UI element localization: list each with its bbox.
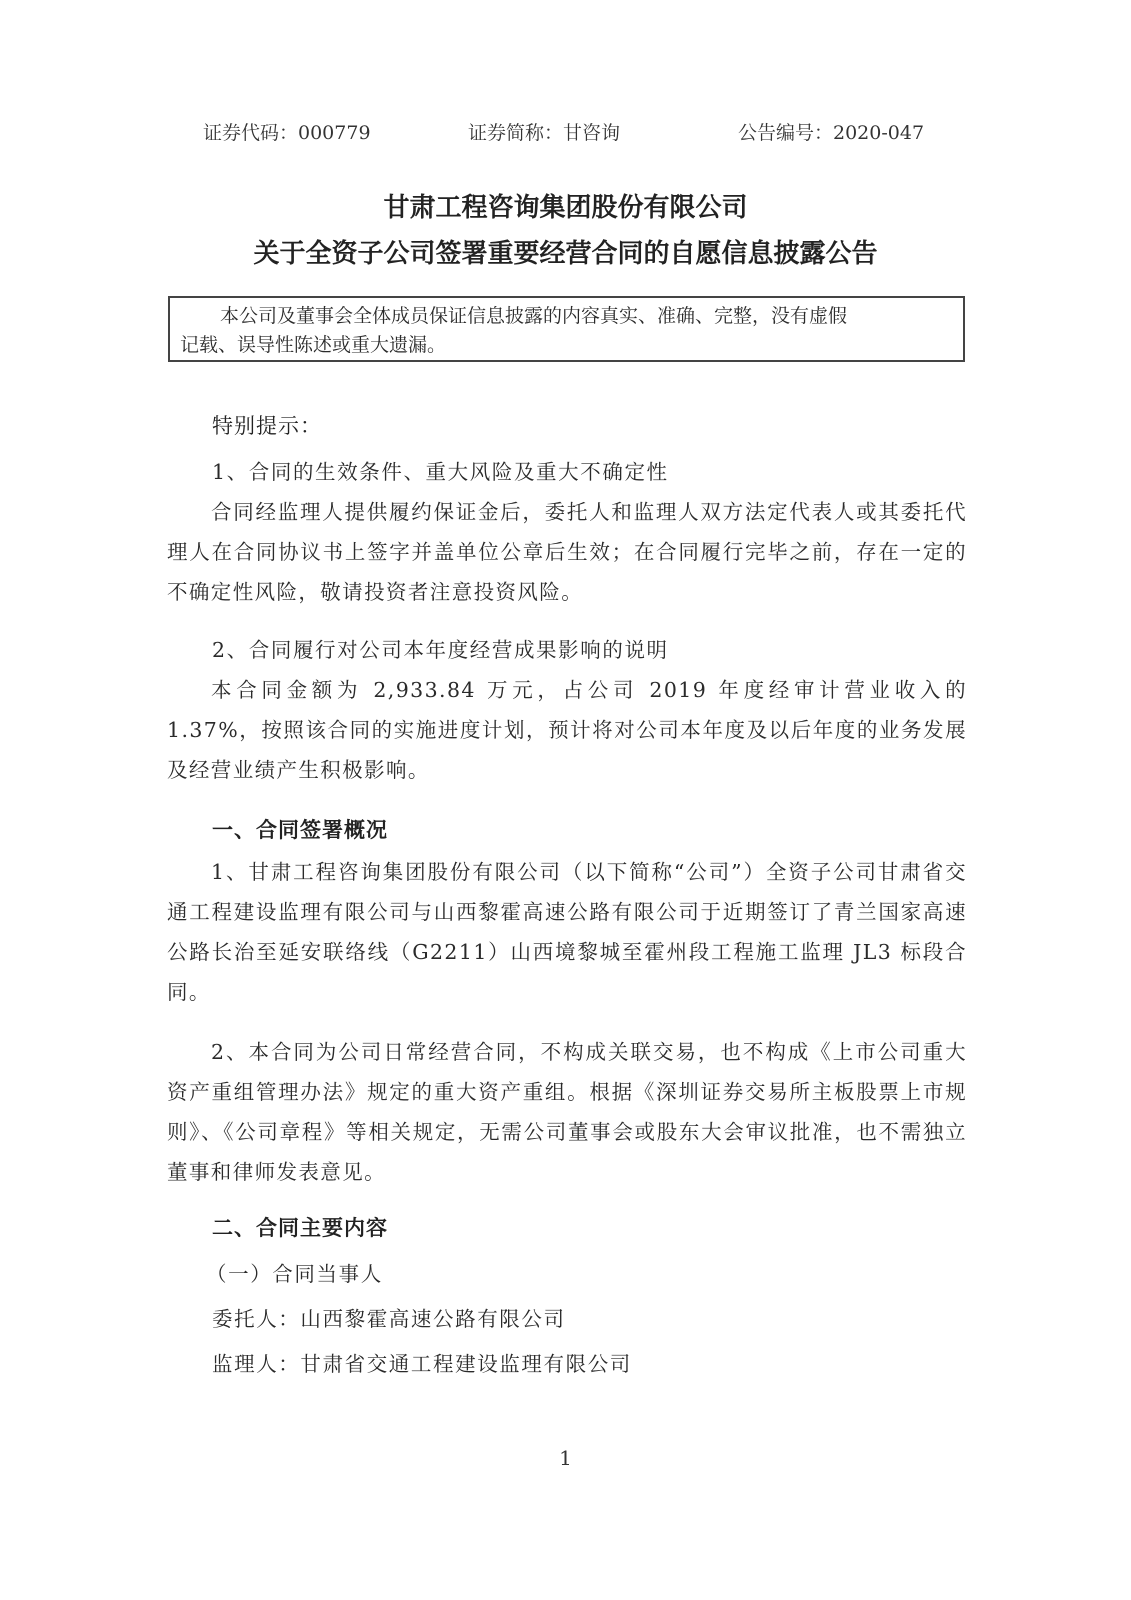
- special-note-2-title: 2、合同履行对公司本年度经营成果影响的说明: [212, 633, 669, 663]
- section-1-para-2: 2、本合同为公司日常经营合同，不构成关联交易，也不构成《上市公司重大资产重组管理…: [167, 1032, 967, 1192]
- page-number: 1: [0, 1446, 1131, 1470]
- stock-abbreviation: 证券简称：甘咨询: [468, 118, 620, 145]
- announcement-number: 公告编号：2020-047: [738, 118, 924, 145]
- document-header: 证券代码：000779 证券简称：甘咨询 公告编号：2020-047: [0, 118, 1131, 148]
- disclaimer-line1: 本公司及董事会全体成员保证信息披露的内容真实、准确、完整，没有虚假: [180, 302, 957, 331]
- document-title-line1: 甘肃工程咨询集团股份有限公司: [0, 187, 1131, 224]
- stock-code: 证券代码：000779: [203, 118, 371, 145]
- disclaimer-line2: 记载、误导性陈述或重大遗漏。: [180, 331, 957, 360]
- special-notes-heading: 特别提示：: [212, 410, 322, 440]
- contract-supervisor: 监理人：甘肃省交通工程建设监理有限公司: [212, 1347, 632, 1377]
- contract-client: 委托人：山西黎霍高速公路有限公司: [212, 1302, 566, 1332]
- special-note-2-body: 本合同金额为 2,933.84 万元，占公司 2019 年度经审计营业收入的 1…: [167, 670, 967, 790]
- section-2-sub-1: （一）合同当事人: [206, 1257, 383, 1287]
- document-title-line2: 关于全资子公司签署重要经营合同的自愿信息披露公告: [0, 233, 1131, 270]
- special-note-1-body: 合同经监理人提供履约保证金后，委托人和监理人双方法定代表人或其委托代理人在合同协…: [167, 492, 967, 612]
- disclaimer-box: 本公司及董事会全体成员保证信息披露的内容真实、准确、完整，没有虚假 记载、误导性…: [168, 296, 965, 362]
- section-1-heading: 一、合同签署概况: [212, 814, 388, 844]
- special-note-1-title: 1、合同的生效条件、重大风险及重大不确定性: [212, 455, 669, 485]
- section-2-heading: 二、合同主要内容: [212, 1212, 388, 1242]
- section-1-para-1: 1、甘肃工程咨询集团股份有限公司（以下简称“公司”）全资子公司甘肃省交通工程建设…: [167, 852, 967, 1012]
